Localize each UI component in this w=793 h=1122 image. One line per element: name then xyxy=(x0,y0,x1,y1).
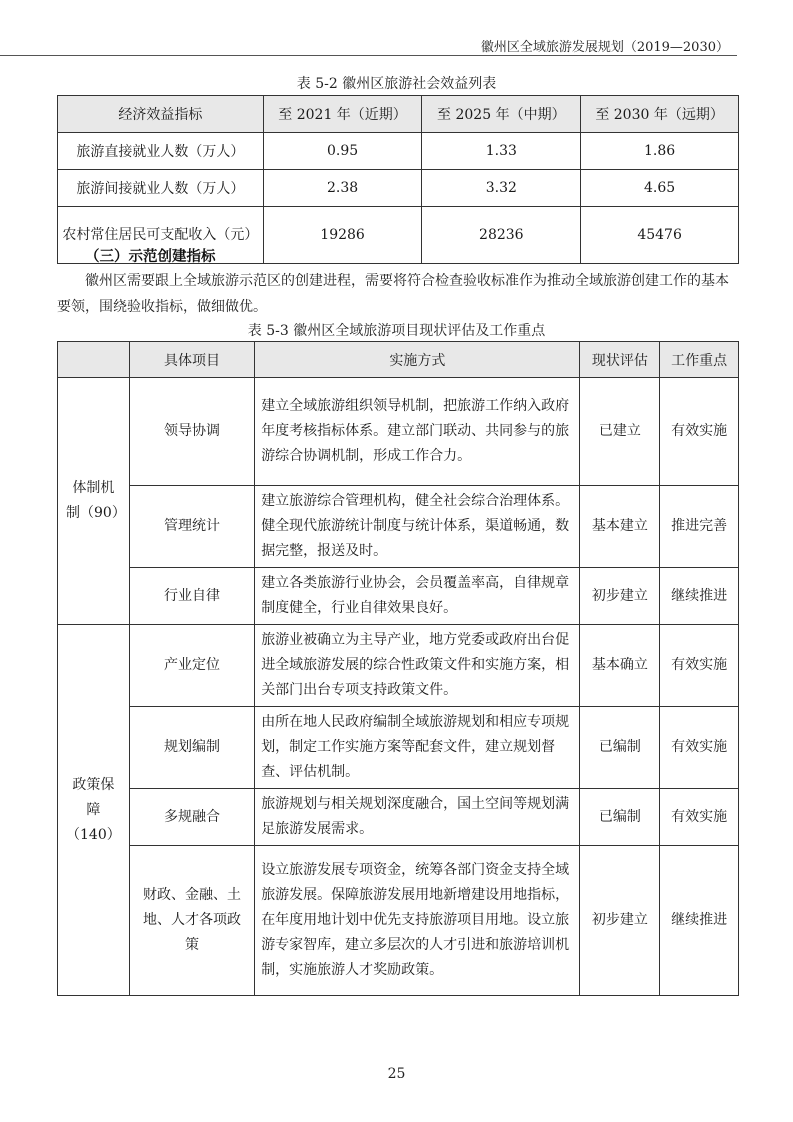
item-name: 财政、金融、土地、人才各项政策 xyxy=(129,846,254,996)
table-row: 政策保障（140） 产业定位 旅游业被确立为主导产业，地方党委或政府出台促进全域… xyxy=(58,625,739,707)
cell-value: 0.95 xyxy=(263,133,422,170)
implementation-method: 设立旅游发展专项资金，统筹各部门资金支持全域旅游发展。保障旅游发展用地新增建设用… xyxy=(255,846,580,996)
implementation-method: 旅游业被确立为主导产业，地方党委或政府出台促进全域旅游发展的综合性政策文件和实施… xyxy=(255,625,580,707)
implementation-method: 建立各类旅游行业协会，会员覆盖率高，自律规章制度健全，行业自律效果良好。 xyxy=(255,568,580,625)
cell-value: 3.32 xyxy=(422,170,581,207)
page-number: 25 xyxy=(0,1066,793,1082)
table-row: 多规融合 旅游规划与相关规划深度融合，国土空间等规划满足旅游发展需求。 已编制 … xyxy=(58,789,739,846)
row-label: 旅游间接就业人数（万人） xyxy=(58,170,264,207)
table-5-2: 经济效益指标 至 2021 年（近期） 至 2025 年（中期） 至 2030 … xyxy=(57,95,739,264)
group-label: 政策保障（140） xyxy=(58,625,130,996)
work-focus: 有效实施 xyxy=(660,625,739,707)
table-header-row: 具体项目 实施方式 现状评估 工作重点 xyxy=(58,342,739,378)
work-focus: 有效实施 xyxy=(660,707,739,789)
cell-value: 2.38 xyxy=(263,170,422,207)
table-row: 体制机制（90） 领导协调 建立全域旅游组织领导机制，把旅游工作纳入政府年度考核… xyxy=(58,378,739,486)
item-name: 产业定位 xyxy=(129,625,254,707)
column-header xyxy=(58,342,130,378)
table-5-3-caption: 表 5-3 徽州区全域旅游项目现状评估及工作重点 xyxy=(0,320,793,340)
group-label: 体制机制（90） xyxy=(58,378,130,625)
work-focus: 有效实施 xyxy=(660,378,739,486)
column-header: 工作重点 xyxy=(660,342,739,378)
cell-value: 1.33 xyxy=(422,133,581,170)
implementation-method: 建立旅游综合管理机构，健全社会综合治理体系。健全现代旅游统计制度与统计体系，渠道… xyxy=(255,486,580,568)
column-header: 经济效益指标 xyxy=(58,96,264,133)
column-header: 现状评估 xyxy=(580,342,660,378)
header-rule xyxy=(0,55,737,56)
row-label: 旅游直接就业人数（万人） xyxy=(58,133,264,170)
item-name: 行业自律 xyxy=(129,568,254,625)
item-name: 多规融合 xyxy=(129,789,254,846)
work-focus: 推进完善 xyxy=(660,486,739,568)
status-assessment: 初步建立 xyxy=(580,846,660,996)
work-focus: 有效实施 xyxy=(660,789,739,846)
cell-value: 4.65 xyxy=(581,170,739,207)
table-row: 行业自律 建立各类旅游行业协会，会员覆盖率高，自律规章制度健全，行业自律效果良好… xyxy=(58,568,739,625)
table-row: 规划编制 由所在地人民政府编制全域旅游规划和相应专项规划，制定工作实施方案等配套… xyxy=(58,707,739,789)
table-row: 旅游间接就业人数（万人） 2.38 3.32 4.65 xyxy=(58,170,739,207)
item-name: 领导协调 xyxy=(129,378,254,486)
column-header: 至 2030 年（远期） xyxy=(581,96,739,133)
implementation-method: 建立全域旅游组织领导机制，把旅游工作纳入政府年度考核指标体系。建立部门联动、共同… xyxy=(255,378,580,486)
table-5-3: 具体项目 实施方式 现状评估 工作重点 体制机制（90） 领导协调 建立全域旅游… xyxy=(57,341,739,996)
column-header: 至 2025 年（中期） xyxy=(422,96,581,133)
item-name: 规划编制 xyxy=(129,707,254,789)
work-focus: 继续推进 xyxy=(660,568,739,625)
table-5-2-caption: 表 5-2 徽州区旅游社会效益列表 xyxy=(0,73,793,93)
item-name: 管理统计 xyxy=(129,486,254,568)
cell-value: 45476 xyxy=(581,207,739,264)
status-assessment: 已编制 xyxy=(580,789,660,846)
cell-value: 28236 xyxy=(422,207,581,264)
section-heading: （三）示范创建指标 xyxy=(85,245,216,266)
implementation-method: 由所在地人民政府编制全域旅游规划和相应专项规划，制定工作实施方案等配套文件，建立… xyxy=(255,707,580,789)
body-paragraph: 徽州区需要跟上全域旅游示范区的创建进程，需要将符合检查验收标准作为推动全域旅游创… xyxy=(57,268,739,320)
running-header: 徽州区全域旅游发展规划（2019—2030） xyxy=(57,36,737,55)
table-row: 管理统计 建立旅游综合管理机构，健全社会综合治理体系。健全现代旅游统计制度与统计… xyxy=(58,486,739,568)
status-assessment: 初步建立 xyxy=(580,568,660,625)
cell-value: 19286 xyxy=(263,207,422,264)
table-row: 财政、金融、土地、人才各项政策 设立旅游发展专项资金，统筹各部门资金支持全域旅游… xyxy=(58,846,739,996)
status-assessment: 已编制 xyxy=(580,707,660,789)
implementation-method: 旅游规划与相关规划深度融合，国土空间等规划满足旅游发展需求。 xyxy=(255,789,580,846)
work-focus: 继续推进 xyxy=(660,846,739,996)
column-header: 实施方式 xyxy=(255,342,580,378)
table-header-row: 经济效益指标 至 2021 年（近期） 至 2025 年（中期） 至 2030 … xyxy=(58,96,739,133)
cell-value: 1.86 xyxy=(581,133,739,170)
column-header: 至 2021 年（近期） xyxy=(263,96,422,133)
status-assessment: 已建立 xyxy=(580,378,660,486)
table-row: 旅游直接就业人数（万人） 0.95 1.33 1.86 xyxy=(58,133,739,170)
status-assessment: 基本建立 xyxy=(580,486,660,568)
status-assessment: 基本确立 xyxy=(580,625,660,707)
column-header: 具体项目 xyxy=(129,342,254,378)
